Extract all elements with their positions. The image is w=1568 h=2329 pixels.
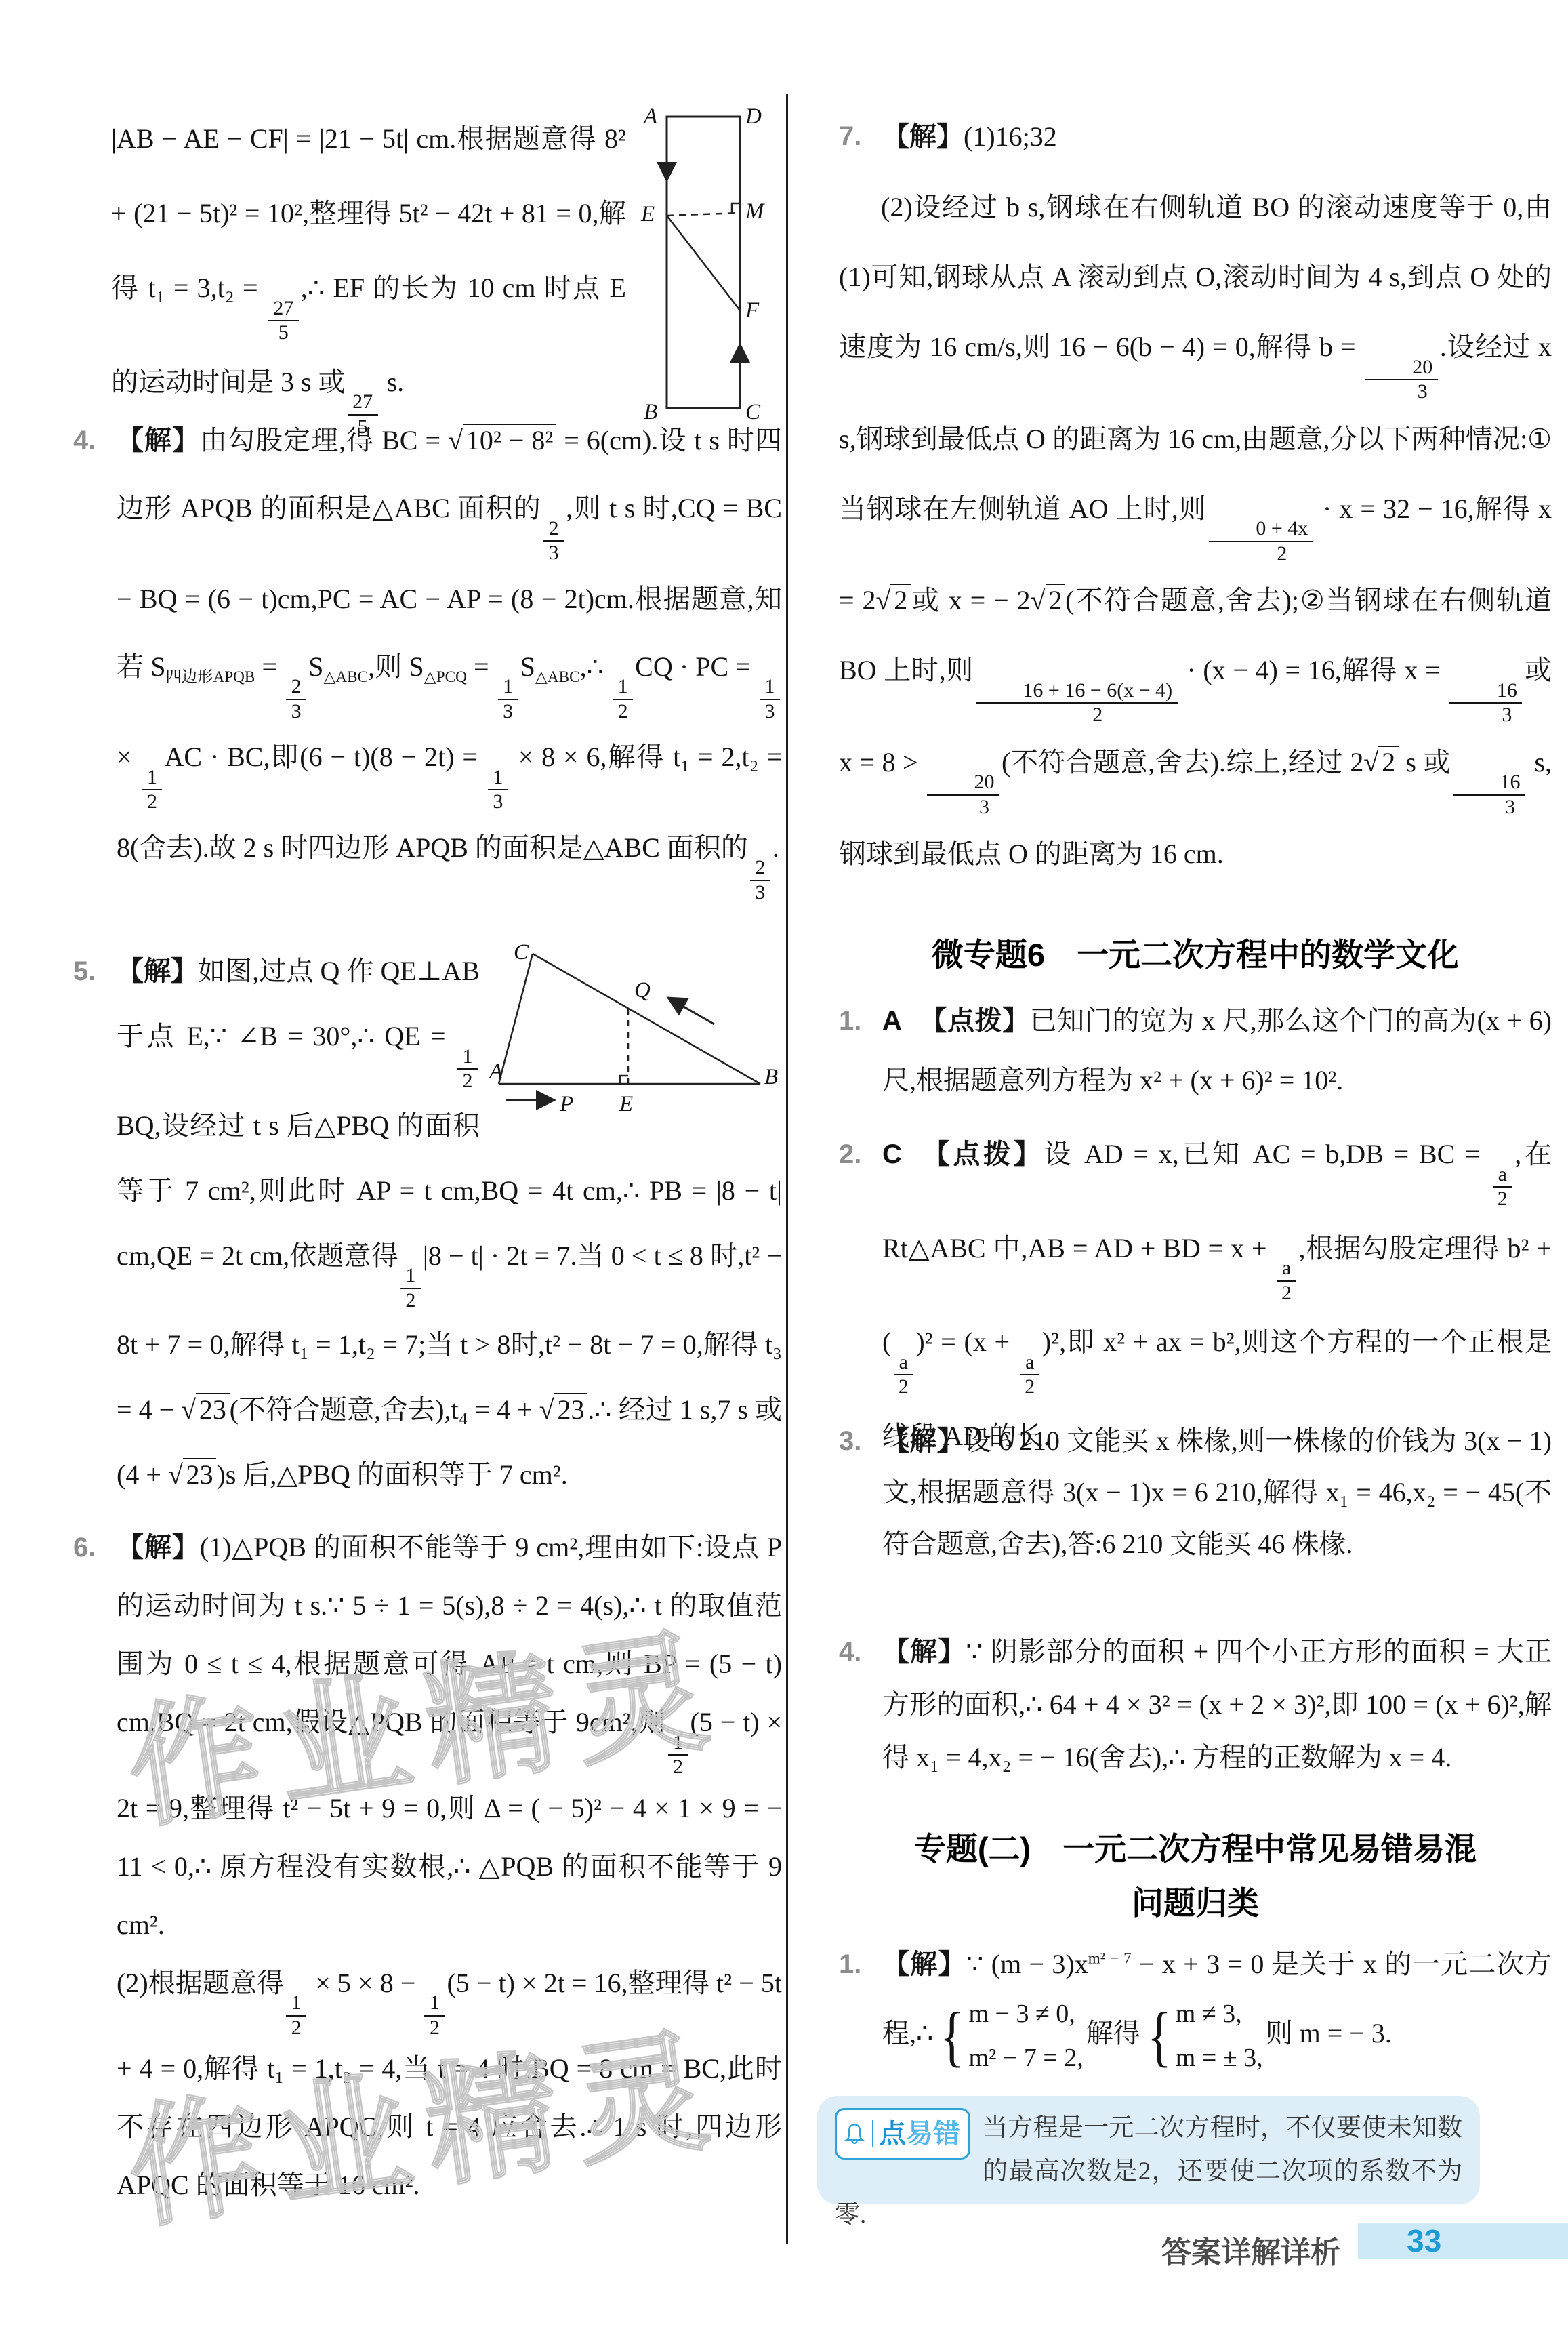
- rectangle-figure-drawing: [638, 106, 782, 427]
- solution-line1: 【解】(1)16;32: [882, 102, 1552, 172]
- rectangle-figure: A D E M F B C: [638, 106, 782, 427]
- point-label-P: P: [560, 1093, 573, 1116]
- solution-text: 【解】∵ (m − 3)xm² − 7 − x + 3 = 0 是关于 x 的一…: [882, 1949, 1552, 2048]
- solution-item-4: 4. 【解】由勾股定理,得 BC = √10² − 8² = 6(cm).设 t…: [73, 407, 782, 904]
- bell-icon: [841, 2120, 873, 2147]
- tip-badge: 点 易错: [835, 2108, 970, 2160]
- item-number: 6.: [73, 1518, 96, 1577]
- section-title-topic-2: 专题(二) 一元二次方程中常见易错易混 问题归类: [839, 1822, 1552, 1930]
- tip-badge-text-rest: 易错: [906, 2112, 960, 2155]
- point-label-E: E: [619, 1093, 633, 1116]
- section-title-line1: 专题(二) 一元二次方程中常见易错易混: [839, 1822, 1552, 1876]
- solution-text-part2: (2)根据题意得12 × 5 × 8 − 12(5 − t) × 2t = 16…: [117, 1954, 782, 2215]
- item-number: 4.: [73, 407, 96, 474]
- item-number: 2.: [839, 1117, 861, 1192]
- vertex-label-A: A: [644, 106, 657, 128]
- solution-text: 【解】设 6 210 文能买 x 株椽,则一株椽的价钱为 3(x − 1)文,根…: [882, 1425, 1552, 1559]
- page-number: 33: [1407, 2223, 1441, 2259]
- solution-text: |AB − AE − CF| = |21 − 5t| cm.根据题意得 8² +…: [111, 123, 626, 397]
- solution-item-6: 6. 【解】(1)△PQB 的面积不能等于 9 cm²,理由如下:设点 P 的运…: [73, 1518, 782, 2214]
- vertex-label-A: A: [489, 1061, 503, 1083]
- section-title-line2: 问题归类: [839, 1876, 1552, 1930]
- solution-text: 【解】由勾股定理,得 BC = √10² − 8² = 6(cm).设 t s …: [117, 425, 782, 863]
- column-divider: [786, 94, 788, 2244]
- solution-part2: (2)设经过 b s,钢球在右侧轨道 BO 的滚动速度等于 0,由(1)可知,钢…: [839, 172, 1552, 889]
- solution-continuation: A D E M F B C |AB − AE − CF| = |21 − 5t|…: [73, 102, 782, 439]
- topic2-item-1: 1. 【解】∵ (m − 3)xm² − 7 − x + 3 = 0 是关于 x…: [839, 1933, 1552, 2077]
- triangle-figure: C Q A P E B: [489, 941, 782, 1123]
- footer-page-bar: 33: [1358, 2223, 1568, 2259]
- vertex-label-D: D: [745, 106, 762, 128]
- triangle-figure-drawing: [489, 941, 782, 1123]
- item-number: 3.: [839, 1415, 861, 1467]
- explanation-text: 【点拨】设 AD = x,已知 AC = b,DB = BC = a2,在 Rt…: [882, 1139, 1552, 1451]
- item-number: 1.: [839, 1933, 861, 1996]
- point-label-E: E: [641, 203, 655, 226]
- answer-letter: A: [882, 1006, 902, 1036]
- solution-text: 【解】∵ 阴影部分的面积 + 四个小正方形的面积 = 大正方形的面积,∴ 64 …: [882, 1636, 1552, 1773]
- point-label-F: F: [745, 300, 759, 322]
- vertex-label-C: C: [514, 941, 529, 964]
- answer-item-3: 3. 【解】设 6 210 文能买 x 株椽,则一株椽的价钱为 3(x − 1)…: [839, 1415, 1552, 1570]
- solution-item-7: 7. 【解】(1)16;32 (2)设经过 b s,钢球在右侧轨道 BO 的滚动…: [839, 102, 1552, 889]
- explanation-text: 【点拨】已知门的宽为 x 尺,那么这个门的高为(x + 6)尺,根据题意列方程为…: [882, 1005, 1552, 1095]
- error-tip-box: 点 易错 当方程是一元二次方程时，不仅要使未知数的最高次数是2，还要使二次项的系…: [817, 2096, 1480, 2204]
- tip-badge-text-dot: 点: [879, 2112, 906, 2155]
- solution-text-part1: 【解】(1)△PQB 的面积不能等于 9 cm²,理由如下:设点 P 的运动时间…: [117, 1518, 782, 1954]
- footer-section-label: 答案详解详析: [839, 2228, 1340, 2271]
- item-number: 5.: [73, 939, 96, 1004]
- item-number: 4.: [839, 1625, 861, 1678]
- answer-item-4: 4. 【解】∵ 阴影部分的面积 + 四个小正方形的面积 = 大正方形的面积,∴ …: [839, 1625, 1552, 1784]
- solution-item-5: 5. C Q A: [73, 939, 782, 1507]
- point-label-Q: Q: [634, 979, 651, 1002]
- item-number: 1.: [839, 991, 861, 1051]
- answer-item-1: 1. A【点拨】已知门的宽为 x 尺,那么这个门的高为(x + 6)尺,根据题意…: [839, 991, 1552, 1110]
- vertex-label-B: B: [764, 1066, 778, 1089]
- item-number: 7.: [839, 102, 861, 171]
- point-label-M: M: [745, 201, 764, 223]
- answer-letter: C: [882, 1139, 902, 1169]
- section-title-micro-topic-6: 微专题6 一元二次方程中的数学文化: [839, 930, 1552, 975]
- textbook-answer-page: 作业精灵 作业精灵 A: [0, 0, 1568, 2329]
